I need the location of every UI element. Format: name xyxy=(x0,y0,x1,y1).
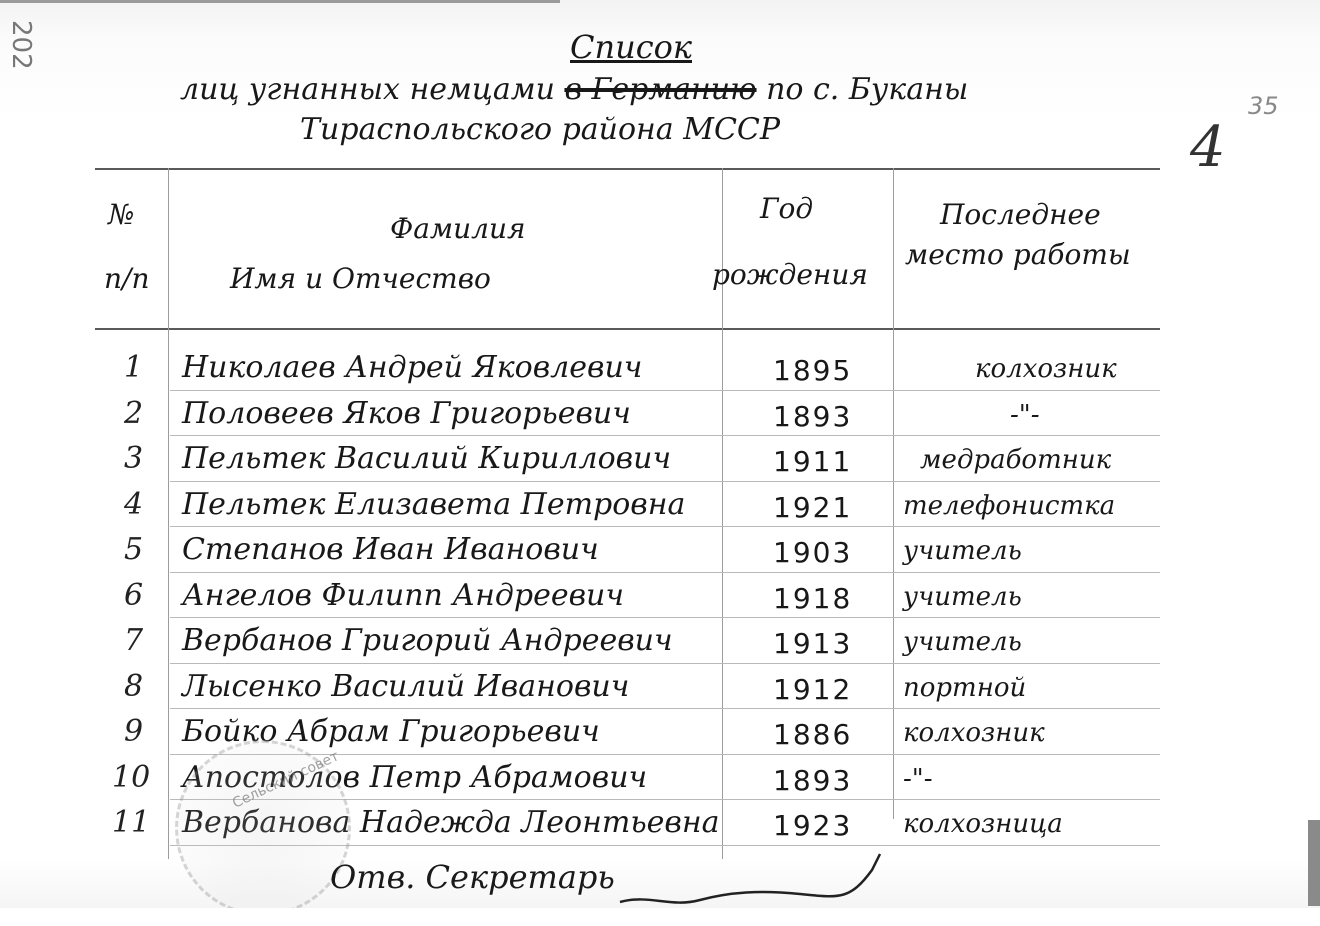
row-number: 1 xyxy=(124,350,143,385)
last-workplace: учитель xyxy=(903,627,1022,657)
header-name-2: Имя и Отчество xyxy=(230,262,491,295)
row-rule xyxy=(170,526,1160,527)
person-name: Лысенко Василий Иванович xyxy=(182,669,629,704)
title-line-1-before: лиц угнанных немцами xyxy=(180,72,564,107)
last-workplace: колхозница xyxy=(903,809,1063,839)
last-workplace: учитель xyxy=(903,536,1022,566)
row-number: 6 xyxy=(124,578,143,613)
last-workplace: портной xyxy=(903,673,1026,703)
header-bottom-border xyxy=(95,328,1160,330)
row-rule xyxy=(170,708,1160,709)
row-number: 11 xyxy=(112,805,150,840)
birth-year: 1923 xyxy=(773,809,852,842)
person-name: Николаев Андрей Яковлевич xyxy=(182,350,642,385)
row-number: 5 xyxy=(124,532,143,567)
last-workplace: учитель xyxy=(903,582,1022,612)
column-divider xyxy=(893,168,894,819)
row-rule xyxy=(170,754,1160,755)
last-workplace: -"- xyxy=(903,764,933,794)
header-job-2: место работы xyxy=(905,238,1131,271)
row-number: 4 xyxy=(124,487,143,522)
birth-year: 1918 xyxy=(773,582,852,615)
header-number-2: п/п xyxy=(104,262,150,295)
header-year-1: Год xyxy=(760,192,813,225)
last-workplace: медработник xyxy=(920,445,1111,475)
header-job-1: Последнее xyxy=(940,198,1101,231)
row-rule xyxy=(170,481,1160,482)
column-divider xyxy=(168,168,169,859)
signature-scrawl xyxy=(610,850,890,910)
person-name: Половеев Яков Григорьевич xyxy=(182,396,631,431)
birth-year: 1921 xyxy=(773,491,852,524)
page-bottom-strip xyxy=(0,908,1320,926)
person-name: Степанов Иван Иванович xyxy=(182,532,599,567)
table-top-border xyxy=(95,168,1160,170)
header-name-1: Фамилия xyxy=(390,212,526,245)
last-workplace: -"- xyxy=(1010,400,1040,430)
birth-year: 1895 xyxy=(773,354,852,387)
row-rule xyxy=(170,390,1160,391)
birth-year: 1903 xyxy=(773,536,852,569)
title-line-1: лиц угнанных немцами в Германию по с. Бу… xyxy=(180,72,968,107)
row-number: 8 xyxy=(124,669,143,704)
row-number: 3 xyxy=(124,441,143,476)
title-line-1-struck: в Германию xyxy=(564,72,756,107)
row-rule xyxy=(170,617,1160,618)
row-rule xyxy=(170,663,1160,664)
archive-number: 202 xyxy=(6,20,36,70)
row-number: 7 xyxy=(124,623,143,658)
sheet-number: 35 xyxy=(1248,92,1279,120)
last-workplace: колхозник xyxy=(975,354,1117,384)
last-workplace: телефонистка xyxy=(903,491,1115,521)
document-page: 202 35 4 Список лиц угнанных немцами в Г… xyxy=(0,0,1320,926)
header-year-2: рождения xyxy=(712,258,868,291)
last-workplace: колхозник xyxy=(903,718,1045,748)
document-title: Список xyxy=(570,28,692,66)
person-name: Пельтек Василий Кириллович xyxy=(182,441,671,476)
row-rule xyxy=(170,435,1160,436)
row-number: 2 xyxy=(124,396,143,431)
person-name: Пельтек Елизавета Петровна xyxy=(182,487,685,522)
signature-label: Отв. Секретарь xyxy=(330,858,615,896)
birth-year: 1911 xyxy=(773,445,852,478)
birth-year: 1912 xyxy=(773,673,852,706)
birth-year: 1893 xyxy=(773,400,852,433)
birth-year: 1886 xyxy=(773,718,852,751)
side-mark: 4 xyxy=(1190,115,1226,180)
birth-year: 1893 xyxy=(773,764,852,797)
birth-year: 1913 xyxy=(773,627,852,660)
title-line-1-after: по с. Буканы xyxy=(757,72,969,107)
header-number-1: № xyxy=(108,198,135,231)
row-number: 9 xyxy=(124,714,143,749)
row-number: 10 xyxy=(112,760,150,795)
row-rule xyxy=(170,572,1160,573)
page-edge-shadow xyxy=(1308,820,1320,906)
page-top-edge xyxy=(0,0,560,3)
person-name: Вербанов Григорий Андреевич xyxy=(182,623,673,658)
title-line-2: Тираспольского района МССР xyxy=(300,112,780,147)
person-name: Ангелов Филипп Андреевич xyxy=(182,578,624,613)
